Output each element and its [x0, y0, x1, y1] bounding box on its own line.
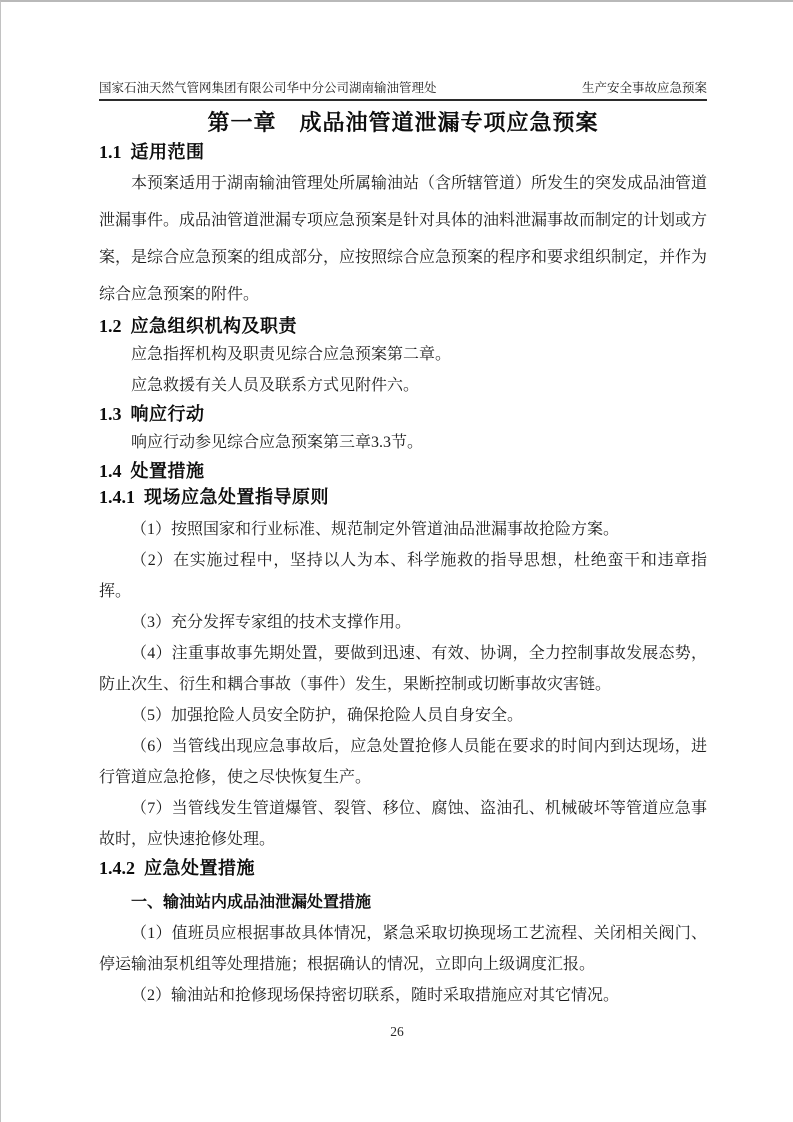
section-title: 现场应急处置指导原则	[144, 484, 329, 510]
section-number: 1.1	[99, 139, 122, 165]
section-title: 处置措施	[131, 458, 205, 484]
list-item-2: （2）输油站和抢修现场保持密切联系，随时采取措施应对其它情况。	[99, 980, 707, 1011]
section-heading-1-4-2: 1.4.2 应急处置措施	[99, 855, 707, 881]
section-title: 响应行动	[131, 401, 205, 427]
list-item-3: （3）充分发挥专家组的技术支撑作用。	[99, 607, 707, 638]
list-item-4: （4）注重事故事先期处置，要做到迅速、有效、协调，全力控制事故发展态势，防止次生…	[99, 638, 707, 700]
section-heading-1-4-1: 1.4.1 现场应急处置指导原则	[99, 484, 707, 510]
section-heading-1-2: 1.2 应急组织机构及职责	[99, 313, 707, 339]
section-title: 应急处置措施	[144, 855, 255, 881]
section-number: 1.4.1	[99, 484, 135, 510]
page-header: 国家石油天然气管网集团有限公司华中分公司湖南输油管理处 生产安全事故应急预案	[99, 80, 707, 101]
section-number: 1.4.2	[99, 855, 135, 881]
section-heading-1-3: 1.3 响应行动	[99, 401, 707, 427]
list-item-1: （1）按照国家和行业标准、规范制定外管道油品泄漏事故抢险方案。	[99, 514, 707, 545]
list-item-5: （5）加强抢险人员安全防护，确保抢险人员自身安全。	[99, 700, 707, 731]
paragraph-scope: 本预案适用于湖南输油管理处所属输油站（含所辖管道）所发生的突发成品油管道泄漏事件…	[99, 165, 707, 313]
list-item-6: （6）当管线出现应急事故后，应急处置抢修人员能在要求的时间内到达现场，进行管道应…	[99, 731, 707, 793]
header-left-text: 国家石油天然气管网集团有限公司华中分公司湖南输油管理处	[99, 80, 437, 96]
page-number: 26	[1, 1024, 793, 1040]
list-1-4-2: （1）值班员应根据事故具体情况，紧急采取切换现场工艺流程、关闭相关阀门、停运输油…	[99, 918, 707, 1011]
list-item-2: （2）在实施过程中，坚持以人为本、科学施救的指导思想，杜绝蛮干和违章指挥。	[99, 545, 707, 607]
list-item-1: （1）值班员应根据事故具体情况，紧急采取切换现场工艺流程、关闭相关阀门、停运输油…	[99, 918, 707, 980]
header-right-text: 生产安全事故应急预案	[582, 80, 707, 96]
section-heading-1-1: 1.1 适用范围	[99, 139, 707, 165]
section-heading-1-4: 1.4 处置措施	[99, 458, 707, 484]
paragraph-org-1: 应急指挥机构及职责见综合应急预案第二章。	[99, 339, 707, 370]
section-title: 适用范围	[131, 139, 205, 165]
section-title: 应急组织机构及职责	[131, 313, 298, 339]
chapter-title: 第一章 成品油管道泄漏专项应急预案	[99, 107, 707, 139]
subsection-heading: 一、输油站内成品油泄漏处置措施	[99, 887, 707, 918]
document-page: 国家石油天然气管网集团有限公司华中分公司湖南输油管理处 生产安全事故应急预案 第…	[0, 0, 793, 1122]
page-content: 国家石油天然气管网集团有限公司华中分公司湖南输油管理处 生产安全事故应急预案 第…	[99, 2, 707, 1011]
list-1-4-1: （1）按照国家和行业标准、规范制定外管道油品泄漏事故抢险方案。 （2）在实施过程…	[99, 514, 707, 855]
section-number: 1.2	[99, 313, 122, 339]
paragraph-org-2: 应急救援有关人员及联系方式见附件六。	[99, 370, 707, 401]
section-number: 1.3	[99, 401, 122, 427]
list-item-7: （7）当管线发生管道爆管、裂管、移位、腐蚀、盗油孔、机械破坏等管道应急事故时，应…	[99, 793, 707, 855]
section-number: 1.4	[99, 458, 122, 484]
paragraph-response: 响应行动参见综合应急预案第三章3.3节。	[99, 427, 707, 458]
